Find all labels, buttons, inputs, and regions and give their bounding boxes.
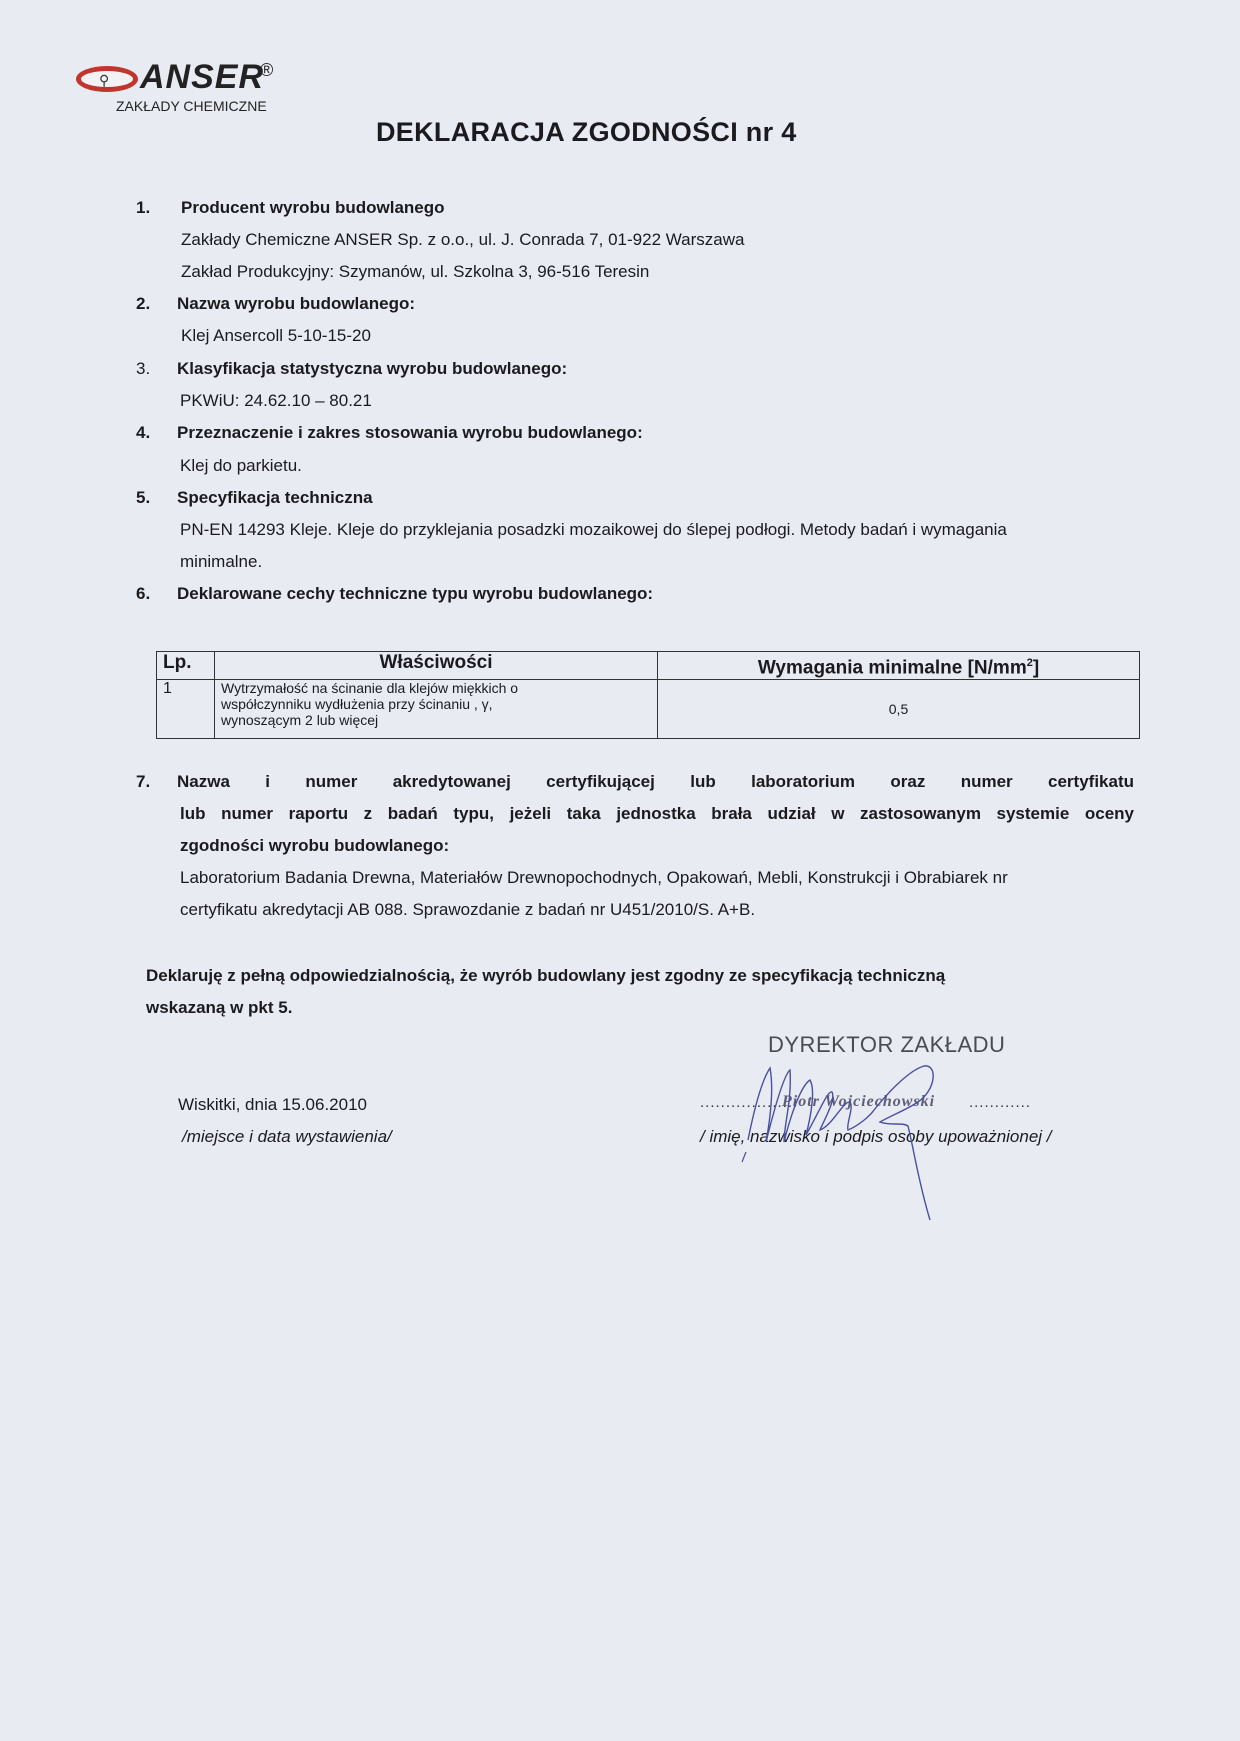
header-properties: Właściwości: [215, 652, 658, 680]
section-3-number: 3.: [136, 359, 150, 379]
section-6-number: 6.: [136, 584, 150, 604]
section-5-line-1: PN-EN 14293 Kleje. Kleje do przyklejania…: [180, 520, 1007, 540]
company-logo: ⚲ ANSER ® ZAKŁADY CHEMICZNE: [76, 62, 296, 122]
section-4-number: 4.: [136, 423, 150, 443]
header-min-requirements: Wymagania minimalne [N/mm2]: [658, 652, 1140, 680]
section-1-number: 1.: [136, 198, 150, 218]
cell-lp: 1: [157, 680, 215, 739]
section-5-heading: Specyfikacja techniczna: [177, 488, 373, 508]
section-3-line-1: PKWiU: 24.62.10 – 80.21: [180, 391, 372, 411]
section-2-line-1: Klej Ansercoll 5-10-15-20: [181, 326, 371, 346]
property-line: wynoszącym 2 lub więcej: [221, 712, 651, 728]
place-date-caption: /miejsce i data wystawienia/: [182, 1127, 392, 1147]
header-min-requirements-text: Wymagania minimalne [N/mm: [758, 657, 1027, 678]
header-bracket: ]: [1033, 657, 1039, 678]
logo-brand: ANSER: [140, 58, 264, 97]
section-7-number: 7.: [136, 772, 150, 792]
section-3-heading: Klasyfikacja statystyczna wyrobu budowla…: [177, 359, 567, 379]
section-7-line-1: Laboratorium Badania Drewna, Materiałów …: [180, 868, 1008, 888]
section-5-number: 5.: [136, 488, 150, 508]
document-title: DEKLARACJA ZGODNOŚCI nr 4: [376, 117, 797, 148]
section-2-heading: Nazwa wyrobu budowlanego:: [177, 294, 415, 314]
section-1-heading: Producent wyrobu budowlanego: [181, 198, 445, 218]
table-header-row: Lp. Właściwości Wymagania minimalne [N/m…: [157, 652, 1140, 680]
section-1-line-2: Zakład Produkcyjny: Szymanów, ul. Szkoln…: [181, 262, 649, 282]
declaration-line-1: Deklaruję z pełną odpowiedzialnością, że…: [146, 966, 945, 986]
header-lp: Lp.: [157, 652, 215, 680]
technical-properties-table: Lp. Właściwości Wymagania minimalne [N/m…: [156, 651, 1140, 739]
section-6-heading: Deklarowane cechy techniczne typu wyrobu…: [177, 584, 653, 604]
handwritten-signature-icon: [740, 1030, 980, 1230]
section-5-line-2: minimalne.: [180, 552, 262, 572]
property-line: Wytrzymałość na ścinanie dla klejów mięk…: [221, 680, 651, 696]
cell-min-value: 0,5: [658, 680, 1140, 739]
section-2-number: 2.: [136, 294, 150, 314]
section-1-line-1: Zakłady Chemiczne ANSER Sp. z o.o., ul. …: [181, 230, 744, 250]
section-7-heading-line-3: zgodności wyrobu budowlanego:: [180, 836, 449, 856]
section-4-line-1: Klej do parkietu.: [180, 456, 302, 476]
place-date: Wiskitki, dnia 15.06.2010: [178, 1095, 367, 1115]
section-4-heading: Przeznaczenie i zakres stosowania wyrobu…: [177, 423, 643, 443]
section-7-line-2: certyfikatu akredytacji AB 088. Sprawozd…: [180, 900, 755, 920]
property-line: współczynniku wydłużenia przy ścinaniu ,…: [221, 696, 651, 712]
cell-property: Wytrzymałość na ścinanie dla klejów mięk…: [215, 680, 658, 739]
section-7-heading-line-2: lub numer raportu z badań typu, jeżeli t…: [180, 804, 1134, 824]
bird-oval-logo-icon: ⚲: [76, 66, 138, 92]
logo-subtitle: ZAKŁADY CHEMICZNE: [116, 98, 267, 114]
registered-mark: ®: [260, 60, 273, 81]
section-7-heading-line-1: Nazwa i numer akredytowanej certyfikując…: [177, 772, 1134, 792]
table-row: 1 Wytrzymałość na ścinanie dla klejów mi…: [157, 680, 1140, 739]
declaration-line-2: wskazaną w pkt 5.: [146, 998, 292, 1018]
